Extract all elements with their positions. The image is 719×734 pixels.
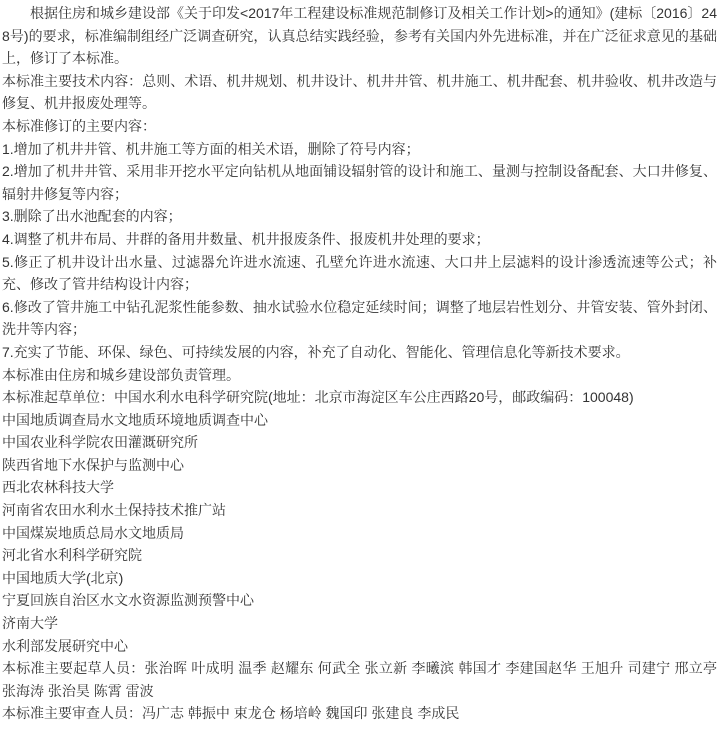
paragraph-drafters: 本标准主要起草人员：张治晖 叶成明 温季 赵耀东 何武全 张立新 李曦滨 韩国才… <box>2 657 717 702</box>
paragraph-drafting-unit: 河南省农田水利水土保持技术推广站 <box>2 499 717 522</box>
paragraph-revision-heading: 本标准修订的主要内容： <box>2 115 717 138</box>
paragraph-drafting-unit: 中国农业科学院农田灌溉研究所 <box>2 431 717 454</box>
paragraph-drafting-unit: 中国地质调查局水文地质环境地质调查中心 <box>2 409 717 432</box>
paragraph-drafting-unit: 河北省水利科学研究院 <box>2 544 717 567</box>
paragraph-management: 本标准由住房和城乡建设部负责管理。 <box>2 364 717 387</box>
paragraph-revision-item-1: 1.增加了机井井管、机井施工等方面的相关术语，删除了符号内容； <box>2 138 717 161</box>
paragraph-drafting-unit: 济南大学 <box>2 612 717 635</box>
paragraph-revision-item-3: 3.删除了出水池配套的内容； <box>2 205 717 228</box>
paragraph-revision-item-2: 2.增加了机井井管、采用非开挖水平定向钻机从地面铺设辐射管的设计和施工、量测与控… <box>2 160 717 205</box>
document-page: 根据住房和城乡建设部《关于印发<2017年工程建设标准规范制修订及相关工作计划>… <box>0 0 719 734</box>
paragraph-drafting-unit: 水利部发展研究中心 <box>2 635 717 658</box>
paragraph-revision-item-4: 4.调整了机井布局、井群的备用井数量、机井报废条件、报废机井处理的要求； <box>2 228 717 251</box>
paragraph-drafting-unit: 宁夏回族自治区水文水资源监测预警中心 <box>2 589 717 612</box>
paragraph-drafting-unit: 西北农林科技大学 <box>2 476 717 499</box>
paragraph-intro: 根据住房和城乡建设部《关于印发<2017年工程建设标准规范制修订及相关工作计划>… <box>2 2 717 70</box>
paragraph-drafting-unit: 陕西省地下水保护与监测中心 <box>2 454 717 477</box>
paragraph-revision-item-7: 7.充实了节能、环保、绿色、可持续发展的内容，补充了自动化、智能化、管理信息化等… <box>2 341 717 364</box>
paragraph-drafting-unit: 中国地质大学(北京) <box>2 567 717 590</box>
paragraph-revision-item-6: 6.修改了管井施工中钻孔泥浆性能参数、抽水试验水位稳定延续时间；调整了地层岩性划… <box>2 296 717 341</box>
paragraph-reviewers: 本标准主要审查人员：冯广志 韩振中 束龙仓 杨培岭 魏国印 张建良 李成民 <box>2 702 717 725</box>
paragraph-technical-contents: 本标准主要技术内容：总则、术语、机井规划、机井设计、机井井管、机井施工、机井配套… <box>2 70 717 115</box>
paragraph-drafting-unit: 中国煤炭地质总局水文地质局 <box>2 522 717 545</box>
paragraph-revision-item-5: 5.修正了机井设计出水量、过滤器允许进水流速、孔壁允许进水流速、大口井上层滤料的… <box>2 251 717 296</box>
paragraph-drafting-unit-main: 本标准起草单位：中国水利水电科学研究院(地址：北京市海淀区车公庄西路20号，邮政… <box>2 386 717 409</box>
